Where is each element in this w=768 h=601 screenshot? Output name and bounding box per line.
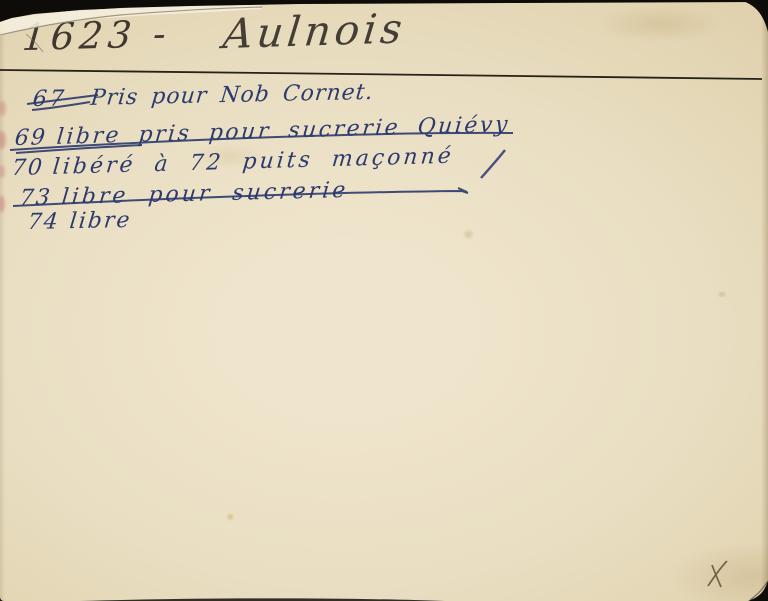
note-number: 69 (14, 125, 48, 151)
ink-smudge (0, 131, 6, 149)
reference-number: 1623 - (21, 12, 173, 59)
scan-background: 1623 - Aulnois 67Pris pour Nob Cornet. 6… (0, 0, 768, 601)
note-line: 74libre (26, 208, 132, 235)
note-number: 73 (19, 185, 53, 211)
ink-smudge (0, 101, 6, 116)
note-text: libre (68, 208, 132, 234)
note-text: Pris pour Nob Cornet. (89, 80, 374, 111)
note-number: 74 (26, 209, 61, 235)
paper-edge-shadow-left (0, 0, 5, 601)
card-title: Aulnois (221, 4, 409, 58)
paper-edge-shadow-right (761, 0, 768, 601)
note-line: 67Pris pour Nob Cornet. (31, 80, 374, 112)
note-number: 67 (31, 86, 68, 112)
note-text: libéré à 72 puits maçonné (52, 144, 455, 180)
index-card: 1623 - Aulnois 67Pris pour Nob Cornet. 6… (0, 0, 768, 601)
note-number: 70 (11, 155, 45, 181)
note-line: 73libre pour sucrerie (19, 178, 350, 211)
note-text: libre pour sucrerie (61, 178, 350, 210)
